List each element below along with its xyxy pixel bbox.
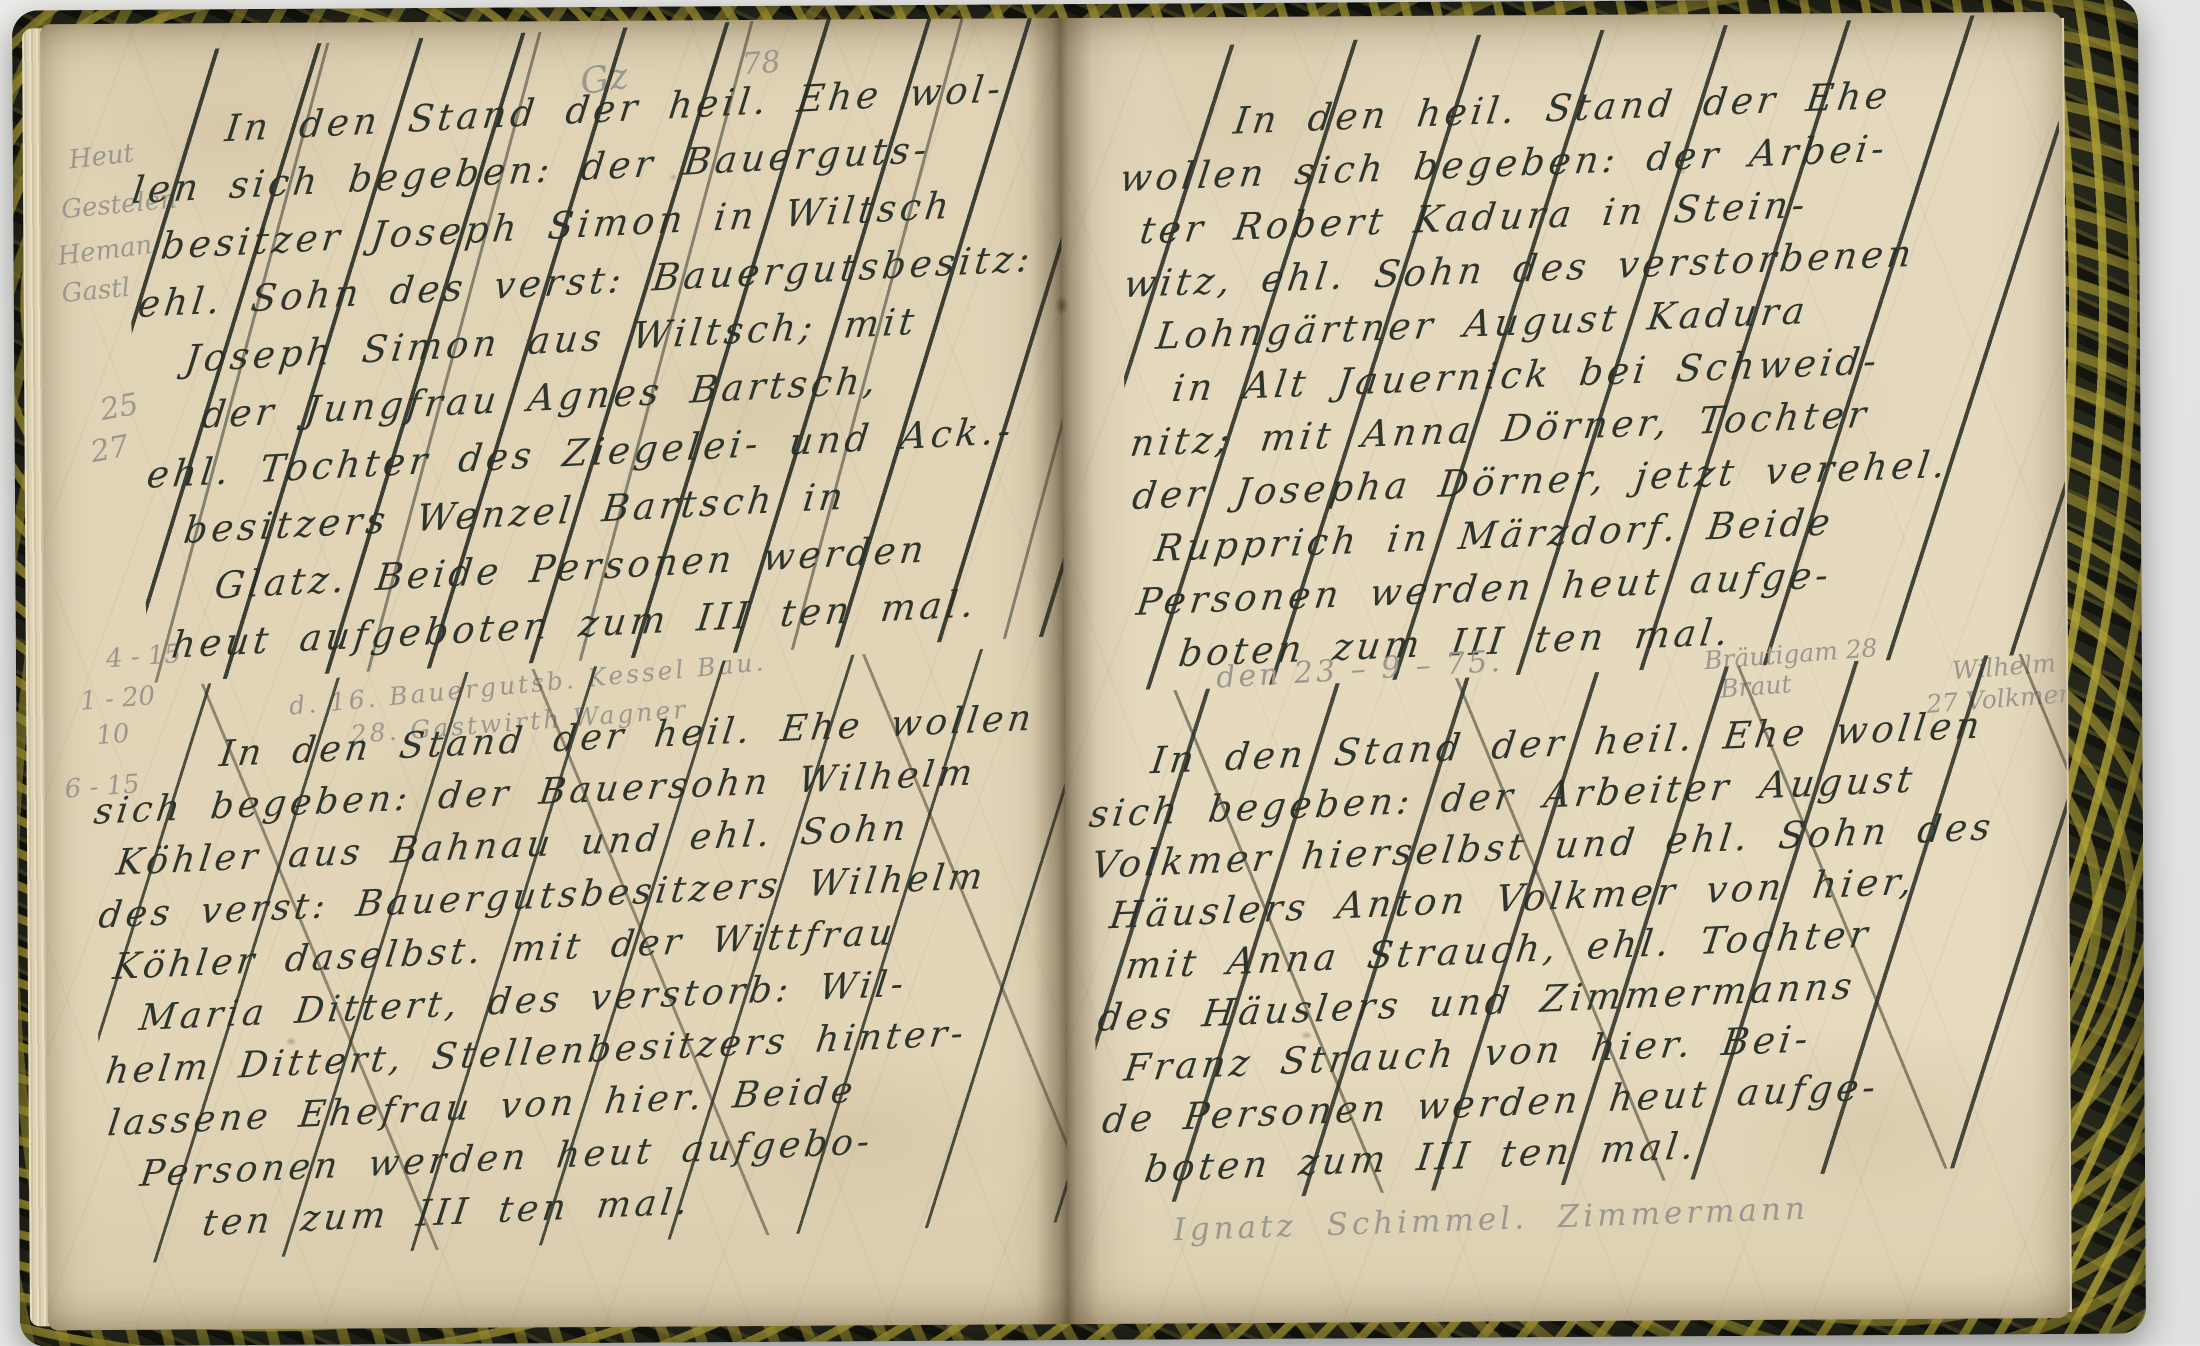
left-page: Gz 78 HeutGestelenHemanGastl25274 - 151 …	[40, 18, 1068, 1330]
handwritten-line: 1 - 20	[79, 681, 156, 717]
handwritten-line: Heut	[67, 138, 135, 175]
handwritten-line: Gastl	[60, 273, 131, 309]
banns-entry-koehler-dittert: In den Stand der heil. Ehe wollensich be…	[91, 692, 1068, 1254]
handwritten-text: In den Stand der heil. Ehe wol-len sich …	[128, 57, 1068, 674]
banns-entry-simon-bartsch: In den Stand der heil. Ehe wol-len sich …	[128, 57, 1068, 674]
pencil-annotation: Wilhelm	[1951, 648, 2057, 685]
handwritten-text: In den heil. Stand der Ehewollen sich be…	[1117, 63, 2059, 682]
handwritten-text: In den Stand der heil. Ehe wollensich be…	[91, 692, 1068, 1254]
handwritten-text: In den Stand der heil. Ehe wollensich be…	[1086, 696, 2070, 1196]
right-page: In den heil. Stand der Ehewollen sich be…	[1060, 12, 2070, 1324]
banns-entry-volkmer-strauch: In den Stand der heil. Ehe wollensich be…	[1086, 696, 2070, 1196]
handwritten-line: 25	[98, 387, 142, 428]
handwritten-line: 27	[88, 429, 132, 470]
pencil-annotation: Braut	[1719, 669, 1792, 703]
banns-entry-kadura-doerner: In den heil. Stand der Ehewollen sich be…	[1117, 63, 2059, 682]
register-book: Gz 78 HeutGestelenHemanGastl25274 - 151 …	[12, 0, 2146, 1344]
pencil-annotation: Ignatz Schimmel. Zimmermann	[1173, 1191, 1809, 1249]
